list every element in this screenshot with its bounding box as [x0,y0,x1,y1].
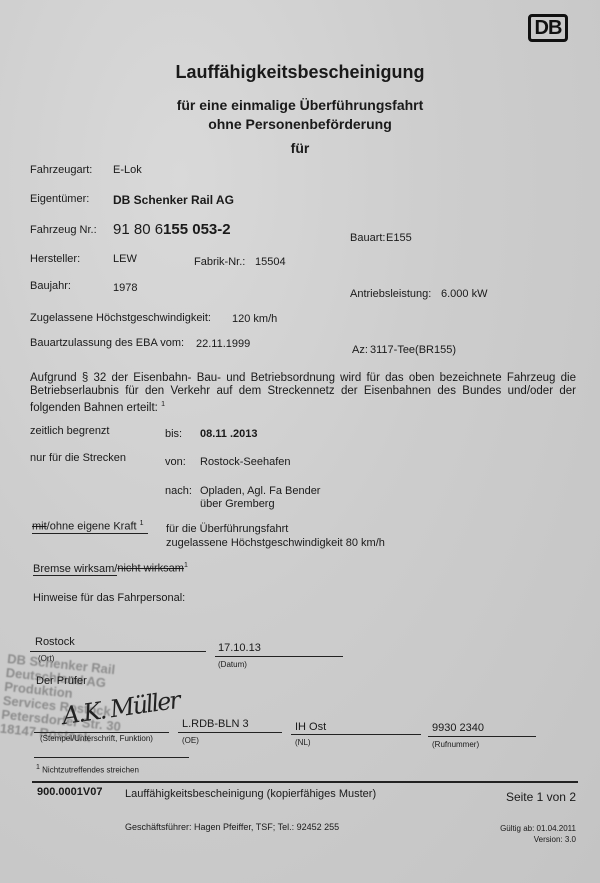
kraft-option: mit/ohne eigene Kraft 1 [32,520,148,534]
nl-line [291,734,421,735]
document-subtitle-3: für [0,140,600,156]
rufnummer-line [428,736,536,737]
nach-value-1: Opladen, Agl. Fa Bender [200,485,320,497]
hinweise-label: Hinweise für das Fahrpersonal: [33,592,185,604]
fahrzeugart-value: E-Lok [113,164,142,176]
datum-value: 17.10.13 [218,642,261,654]
antriebsleistung-label: Antriebsleistung: [350,288,431,300]
page-indicator: Seite 1 von 2 [506,790,576,804]
divider-line [34,757,189,758]
fabrik-nr-label: Fabrik-Nr.: [194,256,245,268]
eigentuemer-label: Eigentümer: [30,193,89,205]
bauart-label: Bauart: [350,232,385,244]
kraft-selected: /ohne eigene Kraft [47,521,137,533]
datum-line [215,656,343,657]
fabrik-nr-value: 15504 [255,256,286,268]
hersteller-label: Hersteller: [30,253,80,265]
footer-rule [32,781,578,783]
hersteller-value: LEW [113,253,137,265]
zeitlich-label: zeitlich begrenzt [30,425,110,437]
nl-value: IH Ost [295,721,326,733]
doc-title: Lauffähigkeitsbescheinigung (kopierfähig… [125,788,376,800]
document-subtitle-1: für eine einmalige Überführungsfahrt [0,97,600,113]
oe-line [178,732,282,733]
strecken-label: nur für die Strecken [30,452,126,464]
von-value: Rostock-Seehafen [200,456,291,468]
ort-value: Rostock [35,636,75,648]
von-label: von: [165,456,186,468]
fahrt-line-2: zugelassene Höchstgeschwindigkeit 80 km/… [166,537,385,549]
stempel-label: (Stempel/Unterschrift, Funktion) [40,734,153,743]
datum-label: (Datum) [218,660,247,669]
az-value: 3117-Tee(BR155) [370,344,456,356]
document-subtitle-2: ohne Personenbeförderung [0,116,600,132]
footnote-ref: 1 [184,562,188,569]
signature-line [34,732,169,733]
legal-paragraph: Aufgrund § 32 der Eisenbahn- Bau- und Be… [30,372,576,415]
doc-number: 900.0001V07 [37,786,102,798]
nl-label: (NL) [295,738,311,747]
fahrzeugart-label: Fahrzeugart: [30,164,92,176]
fahrt-line-1: für die Überführungsfahrt [166,523,288,535]
bis-value: 08.11 .2013 [200,428,258,440]
footnote-text: 1 Nichtzutreffendes streichen [36,764,139,775]
bis-label: bis: [165,428,182,440]
fahrzeug-nr-prefix: 91 80 6 [113,221,163,238]
nach-label: nach: [165,485,192,497]
bremse-struck: nicht wirksam [117,563,184,575]
baujahr-label: Baujahr: [30,280,71,292]
fahrzeug-nr-label: Fahrzeug Nr.: [30,224,97,236]
footnote-ref: 1 [140,520,144,527]
hoechstgeschw-label: Zugelassene Höchstgeschwindigkeit: [30,312,211,324]
bauartzulassung-value: 22.11.1999 [196,338,250,350]
kraft-struck: mit [32,521,47,533]
bremse-option: Bremse wirksam/nicht wirksam1 [33,562,188,575]
legal-paragraph-text: Aufgrund § 32 der Eisenbahn- Bau- und Be… [30,372,576,414]
rufnummer-value: 9930 2340 [432,722,484,734]
fahrzeug-nr-suffix: 155 053-2 [163,221,231,238]
ort-line [30,651,206,652]
manager-info: Geschäftsführer: Hagen Pfeiffer, TSF; Te… [125,822,339,832]
az-label: Az: [352,344,368,356]
footnote-content: Nichtzutreffendes streichen [42,766,139,775]
fahrzeug-nr-value: 91 80 6155 053-2 [113,221,231,238]
document-title: Lauffähigkeitsbescheinigung [0,62,600,83]
antriebsleistung-value: 6.000 kW [441,288,487,300]
nach-value-2: über Gremberg [200,498,275,510]
bremse-selected: Bremse wirksam/ [33,563,117,576]
valid-from: Gültig ab: 01.04.2011 [500,824,576,833]
hoechstgeschw-value: 120 km/h [232,313,277,325]
bauartzulassung-label: Bauartzulassung des EBA vom: [30,337,184,349]
oe-label: (OE) [182,736,199,745]
rufnummer-label: (Rufnummer) [432,740,479,749]
eigentuemer-value: DB Schenker Rail AG [113,193,234,207]
footnote-ref: 1 [36,764,40,771]
footnote-ref: 1 [161,401,165,408]
version: Version: 3.0 [534,835,576,844]
pruefer-label: Der Prüfer [36,675,87,687]
db-logo: DB [528,14,568,42]
oe-value: L.RDB-BLN 3 [182,718,249,730]
baujahr-value: 1978 [113,282,137,294]
bauart-value: E155 [386,232,412,244]
